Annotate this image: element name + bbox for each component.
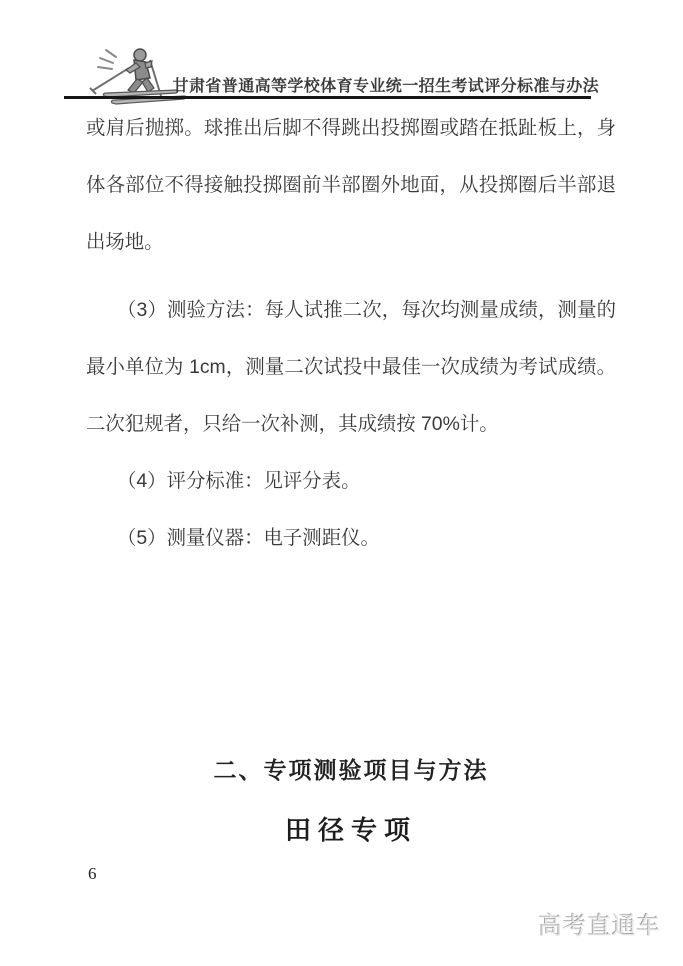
page-number: 6 (88, 864, 97, 884)
subsection-heading: 田径专项 (86, 813, 616, 847)
header-rule (64, 96, 591, 99)
body-paragraph: 或肩后抛掷。球推出后脚不得跳出投掷圈或踏在抵趾板上，身体各部位不得接触投掷圈前半… (86, 100, 616, 271)
body-paragraph: （3）测验方法：每人试推二次，每次均测量成绩，测量的最小单位为 1cm，测量二次… (86, 282, 616, 453)
body-paragraph: （5）测量仪器：电子测距仪。 (86, 510, 616, 567)
section-heading: 二、专项测验项目与方法 (86, 753, 616, 787)
header-title: 甘肃省普通高等学校体育专业统一招生考试评分标准与办法 (173, 73, 599, 96)
body-paragraph: （4）评分标准：见评分表。 (86, 453, 616, 510)
document-page: 甘肃省普通高等学校体育专业统一招生考试评分标准与办法 或肩后抛掷。球推出后脚不得… (0, 0, 683, 966)
body-content: 或肩后抛掷。球推出后脚不得跳出投掷圈或踏在抵趾板上，身体各部位不得接触投掷圈前半… (86, 100, 616, 847)
watermark: 高考直通车 (539, 906, 662, 941)
